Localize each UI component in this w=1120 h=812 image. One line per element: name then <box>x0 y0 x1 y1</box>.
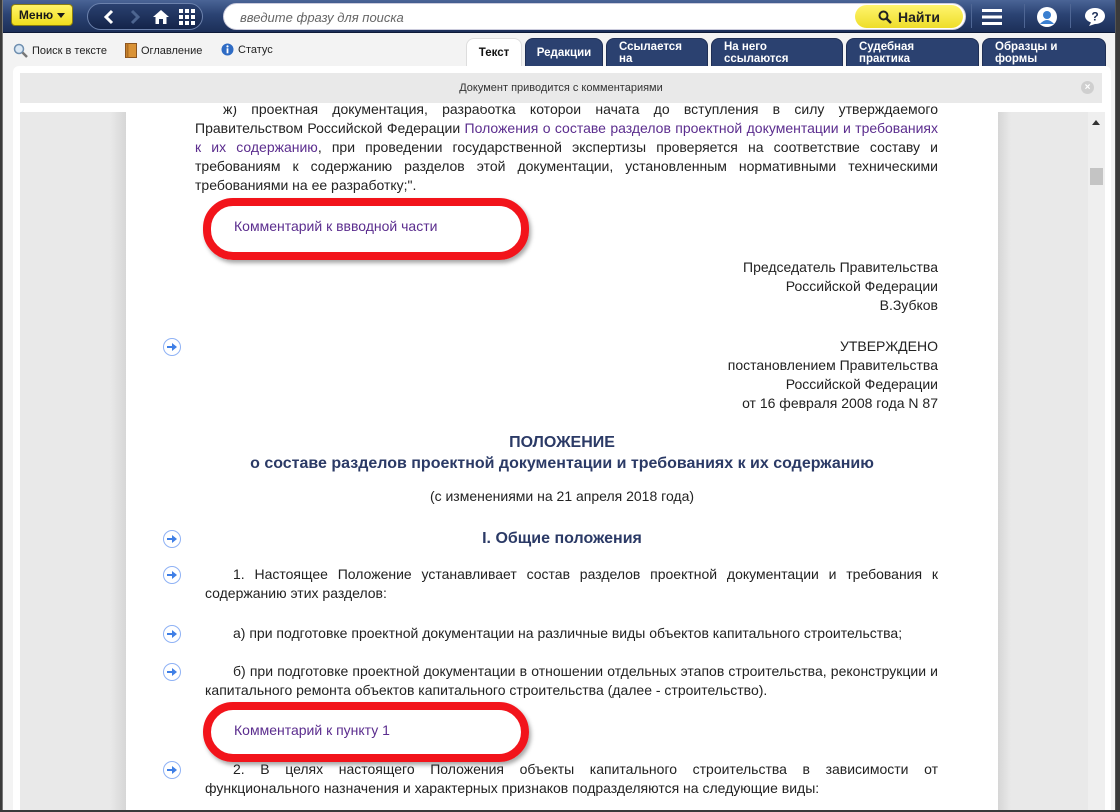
signature-name: В.Зубков <box>743 296 938 315</box>
paragraph-text: Правительством Российской Федерации <box>195 120 465 136</box>
approval-block: УТВЕРЖДЕНО постановлением Правительства … <box>728 337 938 413</box>
top-bar: Меню Най <box>3 0 1115 33</box>
arrow-right-icon[interactable] <box>163 761 181 779</box>
arrow-right-icon[interactable] <box>163 663 181 681</box>
document-subtitle: о составе разделов проектной документаци… <box>126 453 998 474</box>
paragraph-2: 2. В целях настоящего Положения объекты … <box>205 760 938 798</box>
search-icon <box>878 10 892 24</box>
signature-line: Председатель Правительства <box>743 258 938 277</box>
section-heading: I. Общие положения <box>126 528 998 549</box>
search-box: Найти <box>223 3 966 30</box>
arrow-right-icon[interactable] <box>163 625 181 643</box>
search-input[interactable] <box>240 8 840 26</box>
comment-intro-link[interactable]: Комментарий к ввводной части <box>234 218 437 234</box>
arrow-right-icon[interactable] <box>163 338 181 356</box>
tab-samples-forms[interactable]: Образцы и формы <box>982 38 1106 66</box>
divider <box>1024 4 1025 28</box>
tab-refers-to[interactable]: Ссылается на <box>606 38 708 66</box>
comment-p1-link[interactable]: Комментарий к пункту 1 <box>234 722 390 738</box>
find-button[interactable]: Найти <box>855 5 963 28</box>
forward-icon[interactable] <box>124 6 146 28</box>
signature-line: Российской Федерации <box>743 277 938 296</box>
tab-editions[interactable]: Редакции <box>525 38 603 66</box>
paragraph-text: ж) проектная документация, разработка ко… <box>223 101 938 117</box>
navigation-group <box>87 3 203 30</box>
apps-grid-icon[interactable] <box>176 6 198 28</box>
signature-block: Председатель Правительства Российской Фе… <box>743 258 938 315</box>
caret-down-icon <box>57 13 65 18</box>
info-icon <box>221 43 234 56</box>
document-title: ПОЛОЖЕНИЕ <box>126 432 998 453</box>
back-icon[interactable] <box>98 6 120 28</box>
status-label: Статус <box>238 44 273 56</box>
search-in-text-button[interactable]: Поиск в тексте <box>13 43 107 58</box>
paragraph-1a: а) при подготовке проектной документации… <box>205 624 938 643</box>
tab-court-practice[interactable]: Судебная практика <box>846 38 979 66</box>
hamburger-menu-icon[interactable] <box>972 2 1012 31</box>
menu-button[interactable]: Меню <box>11 4 73 26</box>
divider <box>1070 4 1071 28</box>
user-icon[interactable] <box>1027 2 1067 31</box>
approval-line: постановлением Правительства <box>728 356 938 375</box>
find-label: Найти <box>898 9 940 25</box>
contents-button[interactable]: Оглавление <box>125 43 202 58</box>
approval-line: от 16 февраля 2008 года N 87 <box>728 394 938 413</box>
document-panel: Документ приводится с комментариями × ж)… <box>13 66 1111 810</box>
paragraph-1: 1. Настоящее Положение устанавливает сос… <box>205 565 938 603</box>
magnifier-icon <box>13 43 28 58</box>
contents-label: Оглавление <box>141 45 202 57</box>
app-window: Меню Най <box>2 0 1116 810</box>
approval-line: Российской Федерации <box>728 375 938 394</box>
svg-text:?: ? <box>1091 9 1098 23</box>
status-button[interactable]: Статус <box>221 43 273 56</box>
search-in-text-label: Поиск в тексте <box>32 45 107 57</box>
document-tabs: Текст Редакции Ссылается на На него ссыл… <box>466 38 1106 66</box>
menu-label: Меню <box>19 8 53 22</box>
document-body: ж) проектная документация, разработка ко… <box>13 66 1111 810</box>
changes-note: (с изменениями на 21 апреля 2018 года) <box>126 488 998 504</box>
arrow-right-icon[interactable] <box>163 566 181 584</box>
home-icon[interactable] <box>150 6 172 28</box>
tab-referenced-by[interactable]: На него ссылаются <box>711 38 843 66</box>
help-icon[interactable]: ? <box>1075 2 1115 31</box>
tab-text[interactable]: Текст <box>466 38 522 66</box>
paragraph-zh: ж) проектная документация, разработка ко… <box>195 100 938 195</box>
book-icon <box>125 43 137 58</box>
approval-line: УТВЕРЖДЕНО <box>728 337 938 356</box>
paragraph-1b: б) при подготовке проектной документации… <box>205 662 938 700</box>
